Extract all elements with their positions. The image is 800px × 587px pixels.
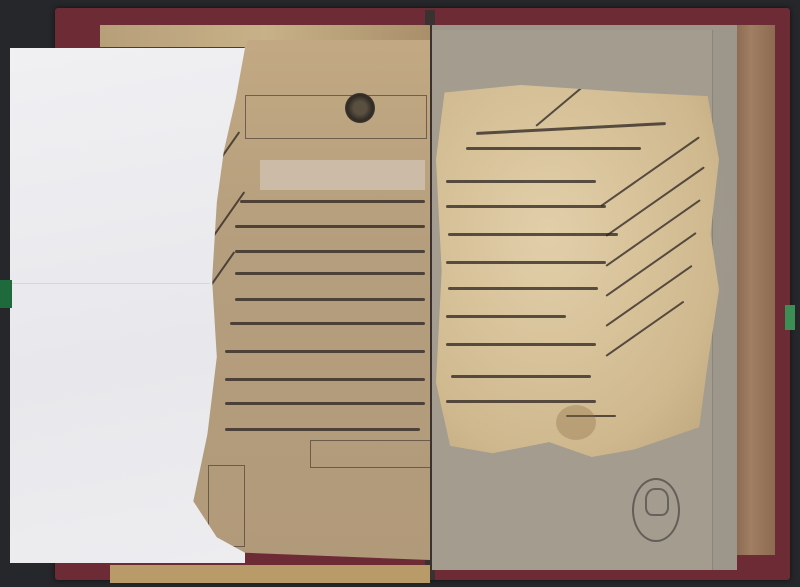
green-tab: [0, 280, 12, 308]
right-manuscript-leaf: [436, 85, 719, 457]
cover-edge: [735, 25, 775, 555]
page-edge-bottom: [110, 565, 430, 583]
hand-stamp-icon: [645, 488, 669, 516]
highlighted-rubric-band: [260, 160, 425, 190]
paper-fold-line: [10, 283, 210, 284]
green-tab-right: [785, 305, 795, 330]
round-seal-icon: [345, 93, 375, 123]
